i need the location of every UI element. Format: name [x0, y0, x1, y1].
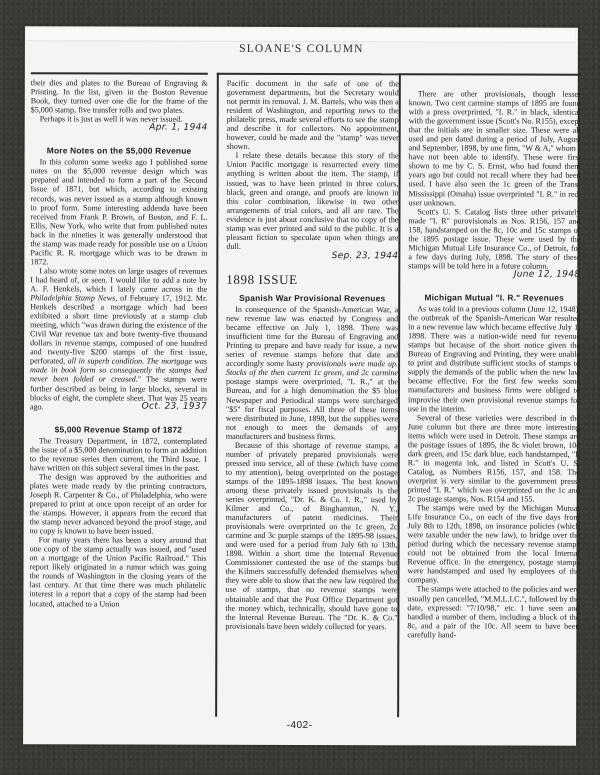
column-3: There are other provisionals, though les… [397, 73, 581, 717]
date-signature: June 12, 1948 [505, 270, 580, 279]
paragraph: I also wrote some notes on large usages … [30, 266, 207, 411]
paragraph: In this column some weeks ago I publishe… [30, 158, 207, 267]
column-2: Pacific document in the safe of one of t… [215, 73, 399, 717]
date-signature: Oct. 23, 1937 [133, 402, 207, 411]
paragraph: As was told in a previous column (June 1… [408, 304, 580, 413]
clipping-page: SLOANE'S COLUMN their dies and plates to… [23, 26, 578, 745]
paper-fold-strip [27, 28, 575, 42]
paragraph: The Treasury Department, in 1872, contem… [30, 436, 207, 473]
paragraph: In consequence of the Spanish-American W… [226, 305, 398, 441]
publication-title: Philadelphia Stamp News, [30, 293, 117, 302]
date-signature: Apr. 1, 1944 [140, 124, 207, 133]
paragraph: Perhaps it is just as well it was never … [31, 114, 208, 124]
section-heading: Michigan Mutual "I. R." Revenues [408, 293, 580, 302]
paragraph: The stamps were attached to the policies… [407, 585, 579, 640]
paragraph: their dies and plates to the Bureau of E… [31, 78, 208, 115]
page-title: SLOANE'S COLUMN [25, 42, 578, 55]
page-number: -402- [23, 719, 576, 731]
paragraph: The design was approved by the authoriti… [30, 472, 207, 536]
paragraph: I relate these details because this stor… [226, 151, 398, 251]
section-heading: More Notes on the $5,000 Revenue [31, 147, 208, 157]
paragraph: Scott's U. S. Catalog lists three other … [408, 207, 580, 271]
issue-title: 1898 ISSUE [226, 275, 398, 284]
date-signature: Sep. 23, 1944 [332, 251, 399, 261]
section-heading: $5,000 Revenue Stamp of 1872 [30, 425, 207, 435]
section-heading: Spanish War Provisional Revenues [226, 294, 398, 303]
column-1: their dies and plates to the Bureau of E… [29, 72, 208, 718]
paragraph: The stamps were used by the Michigan Mut… [407, 503, 579, 585]
article-columns: their dies and plates to the Bureau of E… [29, 72, 571, 711]
paragraph: There are other provisionals, though les… [408, 89, 580, 207]
paragraph: Several of these varieties were describe… [408, 413, 580, 504]
paragraph: Because of this shortage of revenue stam… [225, 441, 397, 631]
paragraph: Pacific document in the safe of one of t… [227, 79, 399, 152]
paragraph: For many years there has been a story ar… [29, 535, 206, 608]
